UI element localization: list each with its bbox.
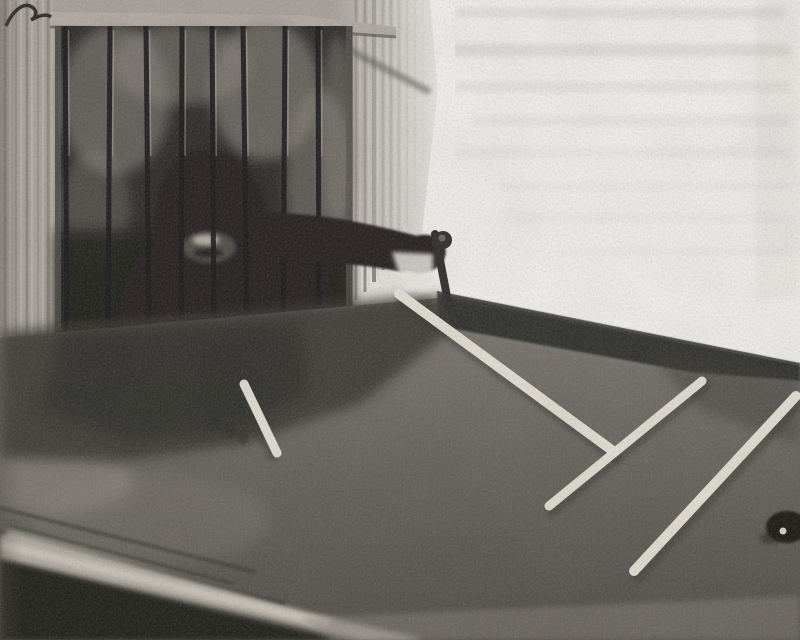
photograph [0, 0, 800, 640]
photo-stage [0, 0, 800, 640]
halftone-grain-dark [0, 0, 800, 640]
